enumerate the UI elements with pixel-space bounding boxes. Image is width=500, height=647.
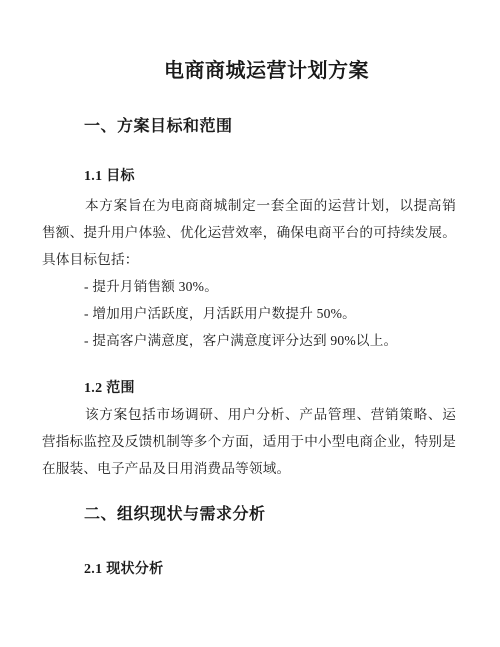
section-heading-1: 一、方案目标和范围 bbox=[84, 117, 233, 137]
subsection-heading-1-2: 1.2 范围 bbox=[84, 380, 135, 397]
document-page: 电商商城运营计划方案 一、方案目标和范围 1.1 目标 本方案旨在为电商商城制定… bbox=[0, 0, 500, 647]
doc-title: 电商商城运营计划方案 bbox=[0, 58, 500, 84]
goal-bullet-list: - 提升月销售额 30%。 - 增加用户活跃度，月活跃用户数提升 50%。 - … bbox=[84, 273, 456, 354]
subsection-heading-2-1: 2.1 现状分析 bbox=[84, 561, 163, 578]
section-heading-2: 二、组织现状与需求分析 bbox=[84, 505, 266, 525]
bullet-item-satisfaction: - 提高客户满意度，客户满意度评分达到 90%以上。 bbox=[84, 327, 456, 354]
paragraph-scope: 该方案包括市场调研、用户分析、产品管理、营销策略、运营指标监控及反馈机制等多个方… bbox=[42, 401, 456, 482]
subsection-heading-1-1: 1.1 目标 bbox=[84, 168, 135, 185]
bullet-item-active-users: - 增加用户活跃度，月活跃用户数提升 50%。 bbox=[84, 300, 456, 327]
paragraph-goals: 本方案旨在为电商商城制定一套全面的运营计划，以提高销售额、提升用户体验、优化运营… bbox=[42, 192, 456, 273]
bullet-item-sales: - 提升月销售额 30%。 bbox=[84, 273, 456, 300]
